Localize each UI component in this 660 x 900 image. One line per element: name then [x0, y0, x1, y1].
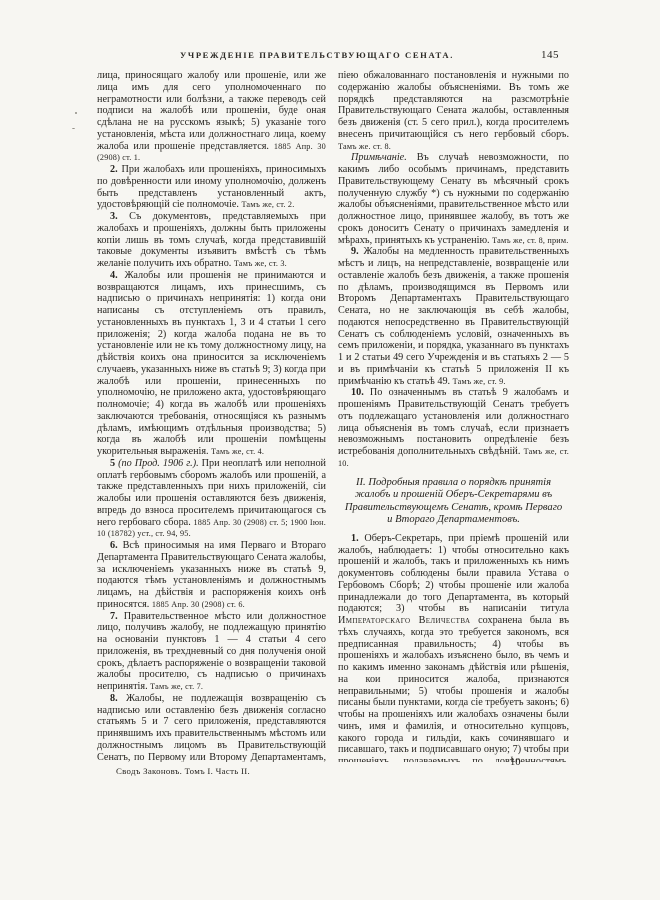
scanned-document-page: УЧРЕЖДЕНІЕ ПРАВИТЕЛЬСТВУЮЩАГО СЕНАТА. 14… — [0, 0, 660, 900]
running-head-title: УЧРЕЖДЕНІЕ ПРАВИТЕЛЬСТВУЮЩАГО СЕНАТА. — [97, 50, 537, 60]
right-text-column: піею обжалованнаго постановленія и нужны… — [338, 70, 569, 762]
paragraph: 2. При жалобахъ или прошеніяхъ, приносим… — [97, 164, 326, 211]
paragraph: 5 (по Прод. 1906 г.). При неоплатѣ или н… — [97, 458, 326, 540]
paragraph: лица, приносящаго жалобу или прошеніе, и… — [97, 70, 326, 164]
paragraph: піею обжалованнаго постановленія и нужны… — [338, 70, 569, 152]
paragraph: 8. Жалобы, не подлежащія возвращенію съ … — [97, 693, 326, 762]
scan-artifact — [72, 128, 75, 129]
footer-edition-label: Сводъ Законовъ. Томъ I. Часть II. — [116, 766, 250, 776]
paragraph: 6. Всѣ приносимыя на имя Перваго и Втора… — [97, 540, 326, 611]
paragraph: 4. Жалобы или прошенія не принимаются и … — [97, 270, 326, 458]
paragraph: 3. Съ документовъ, представляемыхъ при ж… — [97, 211, 326, 270]
paragraph: Примѣчаніе. Въ случаѣ невозможности, по … — [338, 152, 569, 246]
page-number: 145 — [541, 49, 559, 61]
scan-artifact — [75, 112, 77, 114]
paragraph: 1. Оберъ-Секретарь, при пріемѣ прошеній … — [338, 533, 569, 762]
paragraph: 7. Правительственное мѣсто или должностн… — [97, 611, 326, 693]
sheet-number: 10 — [510, 757, 521, 768]
left-text-column: лица, приносящаго жалобу или прошеніе, и… — [97, 70, 326, 762]
paragraph: 9. Жалобы на медленность правительственн… — [338, 246, 569, 387]
paragraph: 10. По означеннымъ въ статьѣ 9 жалобамъ … — [338, 387, 569, 469]
section-heading: II. Подробныя правила о порядкѣ принятія… — [341, 477, 566, 527]
